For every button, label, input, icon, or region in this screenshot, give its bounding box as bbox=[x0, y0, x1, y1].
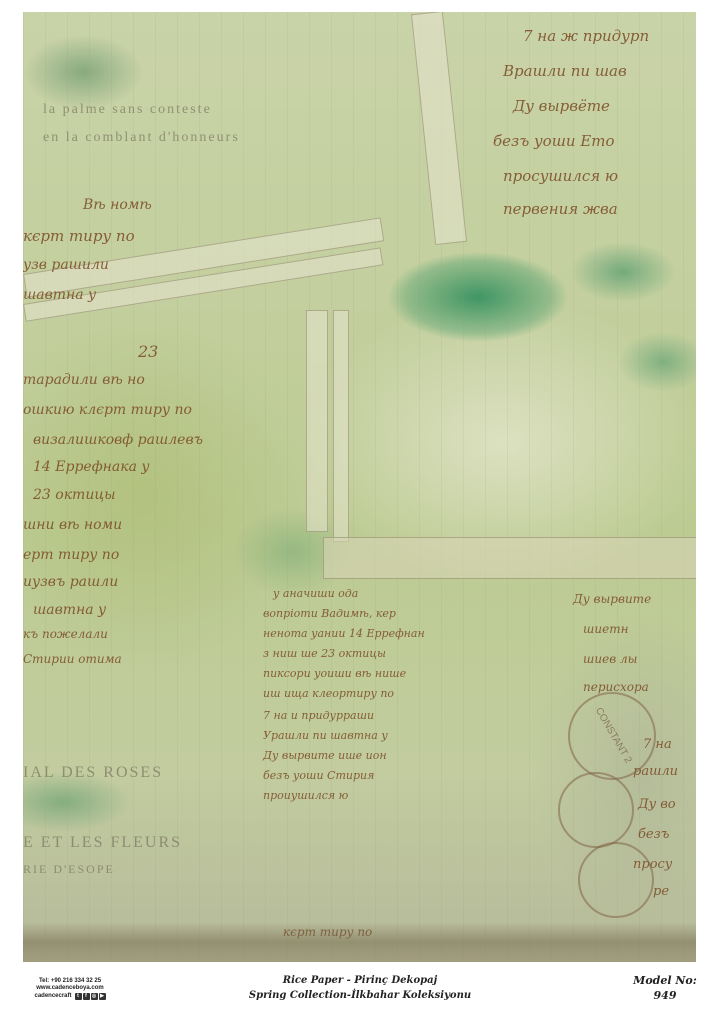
phone-number: Tel: +90 216 334 32 25 bbox=[28, 978, 112, 985]
handwritten-line: з ниш ше 23 октицы bbox=[263, 647, 386, 660]
printed-text: IAL DES ROSES bbox=[23, 764, 163, 782]
handwritten-line: Врашли пи шав bbox=[503, 62, 627, 80]
paper-fold bbox=[333, 310, 349, 542]
handwritten-line: у аначиши ода bbox=[273, 587, 358, 600]
model-number: Model No: 949 bbox=[630, 973, 700, 1003]
handwritten-line: вопріоти Вадимѣ, кер bbox=[263, 607, 396, 620]
handwritten-line: Стирии отима bbox=[23, 652, 122, 666]
paper-fold bbox=[306, 310, 328, 532]
stamp-label: CONSTANT 2 bbox=[593, 706, 634, 766]
handwritten-line: Вѣ номѣ bbox=[83, 197, 152, 213]
youtube-icon[interactable]: ▶ bbox=[99, 993, 106, 1000]
social-row: cadencecraft t f ◎ ▶ bbox=[28, 993, 112, 1000]
handwritten-line: 7 на ж придурп bbox=[523, 27, 649, 45]
website-link[interactable]: www.cadenceboya.com bbox=[28, 985, 112, 992]
postmark-stamp bbox=[578, 842, 654, 918]
handwritten-line: 14 Еррефнака у bbox=[33, 459, 150, 475]
handwritten-line: ре bbox=[653, 884, 669, 899]
handwritten-line: Ду вырвёте bbox=[513, 97, 610, 115]
rice-paper-artwork: la palme sans contesteen la comblant d'h… bbox=[23, 12, 696, 962]
instagram-icon[interactable]: ◎ bbox=[91, 993, 98, 1000]
handwritten-line: шавтна у bbox=[33, 602, 106, 618]
contact-info: Tel: +90 216 334 32 25 www.cadenceboya.c… bbox=[28, 978, 112, 1000]
handwritten-line: шни вѣ номи bbox=[23, 517, 122, 533]
model-value: 949 bbox=[630, 988, 700, 1003]
handwritten-line: къ пожелали bbox=[23, 627, 108, 641]
product-title: Rice Paper - Pirinç Dekopaj Spring Colle… bbox=[240, 973, 480, 1003]
paper-fold bbox=[323, 537, 696, 579]
handwritten-line: шиетн bbox=[583, 622, 628, 636]
handwritten-line: ошкию клєрт тиру по bbox=[23, 402, 192, 418]
postmark-stamp: CONSTANT 2 bbox=[568, 692, 656, 780]
handwritten-line: проиушился ю bbox=[263, 789, 348, 802]
handwritten-line: узв рашили bbox=[23, 257, 109, 273]
handwritten-line: 23 октицы bbox=[33, 487, 116, 503]
handwritten-line: безъ bbox=[638, 827, 669, 842]
handwritten-line: Урашли пи шавтна у bbox=[263, 729, 388, 742]
handwritten-line: иузвъ рашли bbox=[23, 574, 118, 590]
torn-edge-strip bbox=[23, 922, 696, 962]
handwritten-line: кєрт тиру по bbox=[23, 227, 135, 245]
handwritten-line: шавтна у bbox=[23, 287, 96, 303]
handwritten-line: тарадили вѣ но bbox=[23, 372, 145, 388]
handwritten-line: Ду вырвите bbox=[573, 592, 651, 606]
title-line-1: Rice Paper - Pirinç Dekopaj bbox=[240, 973, 480, 988]
postmark-stamp bbox=[558, 772, 634, 848]
printed-text: E ET LES FLEURS bbox=[23, 834, 182, 852]
handwritten-line: визалишковф рашлевъ bbox=[33, 432, 203, 448]
handwritten-line: Ду во bbox=[638, 797, 676, 812]
handwritten-line: первения жва bbox=[503, 200, 618, 218]
model-label: Model No: bbox=[630, 973, 700, 988]
handwritten-line: ерт тиру по bbox=[23, 547, 119, 563]
social-handle: cadencecraft bbox=[34, 993, 71, 1000]
handwritten-line: безъ уоши Ето bbox=[493, 132, 615, 150]
handwritten-line: Ду вырвите ише ион bbox=[263, 749, 387, 762]
facebook-icon[interactable]: f bbox=[83, 993, 90, 1000]
handwritten-line: шиев лы bbox=[583, 652, 637, 666]
handwritten-line: ненота уании 14 Еррефнан bbox=[263, 627, 425, 640]
handwritten-line: пиксори уоиши вѣ нише bbox=[263, 667, 406, 680]
printed-text: en la comblant d'honneurs bbox=[43, 130, 240, 146]
handwritten-line: просушился ю bbox=[503, 167, 618, 185]
handwritten-line: безъ уоши Стирия bbox=[263, 769, 374, 782]
printed-text: RIE D'ESOPE bbox=[23, 862, 115, 877]
twitter-icon[interactable]: t bbox=[75, 993, 82, 1000]
title-line-2: Spring Collection-İlkbahar Koleksiyonu bbox=[240, 988, 480, 1003]
handwritten-line: 7 на и придурраши bbox=[263, 709, 374, 722]
handwritten-line: иш ища клеортиру по bbox=[263, 687, 394, 700]
printed-text: la palme sans conteste bbox=[43, 102, 212, 118]
handwritten-line: 23 bbox=[138, 342, 158, 361]
